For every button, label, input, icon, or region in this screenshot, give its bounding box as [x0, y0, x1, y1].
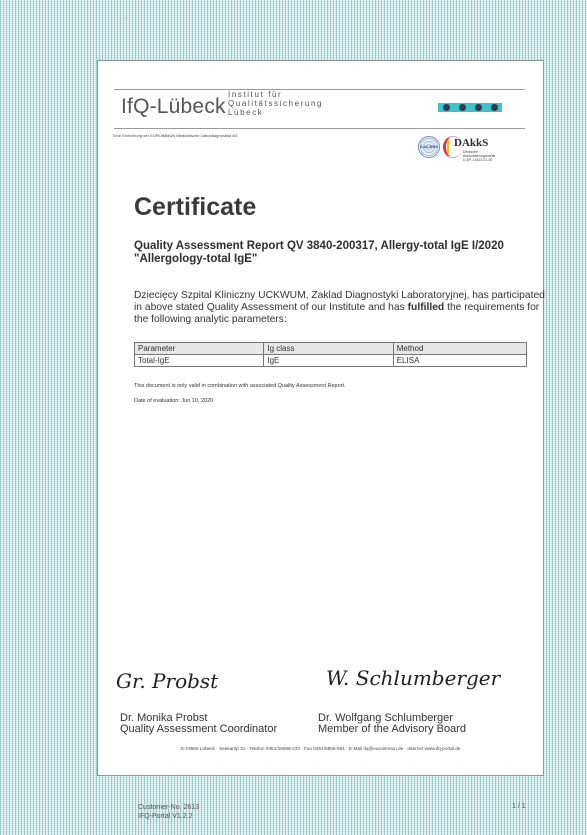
institute-name: Institut für Qualitätssicherung Lübeck [228, 90, 323, 117]
column-header: Method [393, 343, 526, 355]
signature-schlumberger: W. Schlumberger [326, 666, 500, 690]
participation-statement: Dziecięcy Szpital Kliniczny UCKWUM, Zakl… [134, 290, 546, 326]
signatory-2: Dr. Wolfgang Schlumberger Member of the … [318, 713, 466, 735]
ilac-mra-badge-icon: ILAC-MRA [418, 136, 440, 158]
dakks-accreditation: Deutsche Akkreditierungsstelle D-EP-1342… [463, 150, 495, 162]
header-bottom-rule [114, 128, 525, 129]
page-number: 1 / 1 [512, 803, 526, 810]
certificate-page: IfQ-Lübeck Institut für Qualitätssicheru… [97, 60, 544, 776]
report-heading: Quality Assessment Report QV 3840-200317… [134, 240, 504, 266]
header-subtitle: Eine Einrichtung der EUROIMMUN Medizinis… [113, 133, 238, 138]
dakks-label: DAkkS [454, 137, 488, 149]
validity-note: This document is only valid in combinati… [134, 383, 346, 389]
column-header: Ig class [264, 343, 393, 355]
signatory-1: Dr. Monika Probst Quality Assessment Coo… [120, 713, 277, 735]
scan-speck: · [125, 16, 127, 22]
page-title: Certificate [134, 193, 256, 222]
table-row: Total-IgE IgE ELISA [135, 355, 527, 367]
ifq-logo: IfQ-Lübeck [121, 95, 226, 119]
evaluation-date: Date of evaluation: Jun 10, 2020 [134, 398, 213, 404]
column-header: Parameter [135, 343, 264, 355]
footer-info: Customer-No. 2613 IFQ-Portal V1.2.2 [138, 803, 199, 821]
signature-probst: Gr. Probst [116, 669, 218, 693]
institute-address: D-23560 Lübeck · Seekamp 31 · Telefon 04… [98, 746, 543, 751]
brand-bar-icon [438, 103, 502, 112]
parameters-table: Parameter Ig class Method Total-IgE IgE … [134, 342, 527, 367]
